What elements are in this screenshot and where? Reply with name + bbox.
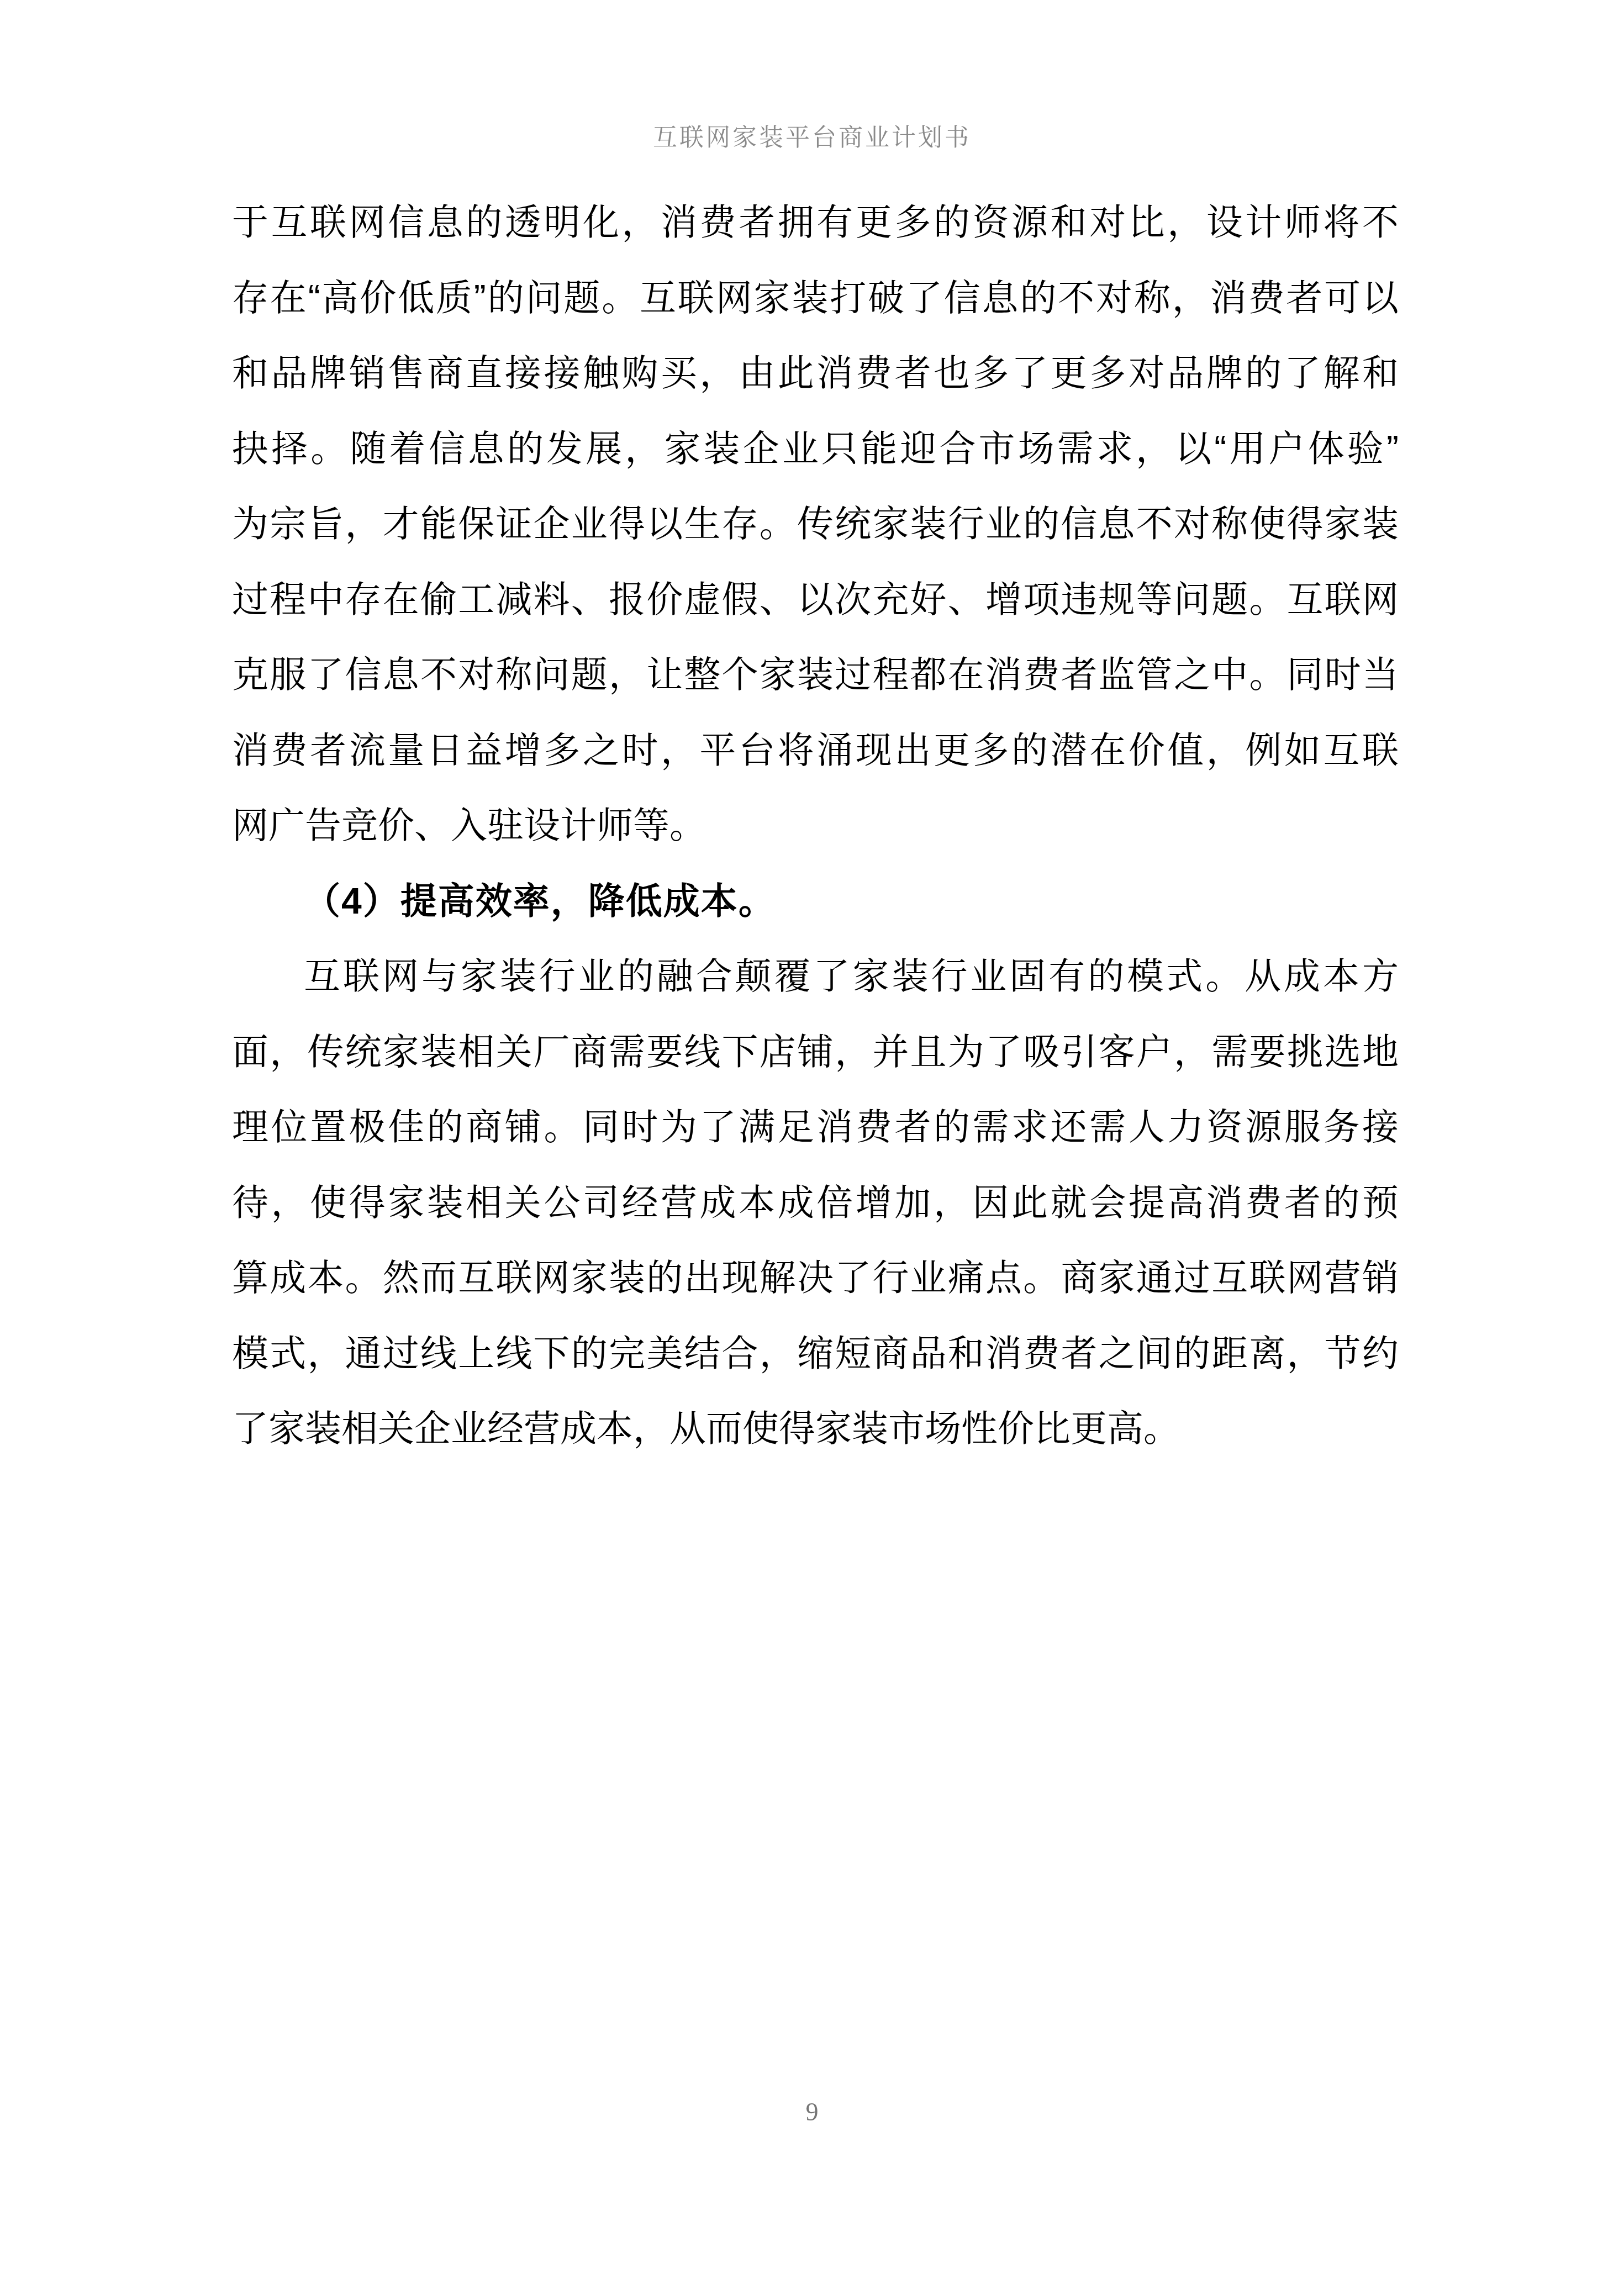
paragraph2-line: 待，使得家装相关公司经营成本成倍增加，因此就会提高消费者的预: [232, 1165, 1399, 1241]
page-footer: 9: [0, 2097, 1624, 2128]
document-body: 于互联网信息的透明化，消费者拥有更多的资源和对比，设计师将不 存在“高价低质”的…: [232, 184, 1399, 1466]
section-heading: （4）提高效率，降低成本。: [232, 863, 1399, 939]
paragraph2-line: 理位置极佳的商铺。同时为了满足消费者的需求还需人力资源服务接: [232, 1089, 1399, 1165]
paragraph2-line: 算成本。然而互联网家装的出现解决了行业痛点。商家通过互联网营销: [232, 1240, 1399, 1316]
page-header: 互联网家装平台商业计划书: [0, 123, 1624, 154]
paragraph2-line: 互联网与家装行业的融合颠覆了家装行业固有的模式。从成本方: [232, 938, 1399, 1014]
paragraph2-line: 面，传统家装相关厂商需要线下店铺，并且为了吸引客户，需要挑选地: [232, 1014, 1399, 1090]
page-number: 9: [806, 2098, 819, 2126]
paragraph1-line: 克服了信息不对称问题，让整个家装过程都在消费者监管之中。同时当: [232, 637, 1399, 713]
paragraph2-last-line: 了家装相关企业经营成本，从而使得家装市场性价比更高。: [232, 1391, 1399, 1466]
paragraph1-line: 和品牌销售商直接接触购买，由此消费者也多了更多对品牌的了解和: [232, 335, 1399, 411]
paragraph1-line: 于互联网信息的透明化，消费者拥有更多的资源和对比，设计师将不: [232, 184, 1399, 260]
paragraph2-line: 模式，通过线上线下的完美结合，缩短商品和消费者之间的距离，节约: [232, 1316, 1399, 1391]
paragraph1-line: 抉择。随着信息的发展，家装企业只能迎合市场需求，以“用户体验”: [232, 411, 1399, 487]
header-title: 互联网家装平台商业计划书: [653, 124, 971, 151]
paragraph1-last-line: 网广告竞价、入驻设计师等。: [232, 788, 1399, 863]
paragraph1-line: 存在“高价低质”的问题。互联网家装打破了信息的不对称，消费者可以: [232, 260, 1399, 336]
document-page: 互联网家装平台商业计划书 于互联网信息的透明化，消费者拥有更多的资源和对比，设计…: [0, 0, 1624, 2290]
paragraph1-line: 为宗旨，才能保证企业得以生存。传统家装行业的信息不对称使得家装: [232, 486, 1399, 562]
paragraph1-line: 消费者流量日益增多之时，平台将涌现出更多的潜在价值，例如互联: [232, 713, 1399, 788]
paragraph1-line: 过程中存在偷工减料、报价虚假、以次充好、增项违规等问题。互联网: [232, 562, 1399, 637]
